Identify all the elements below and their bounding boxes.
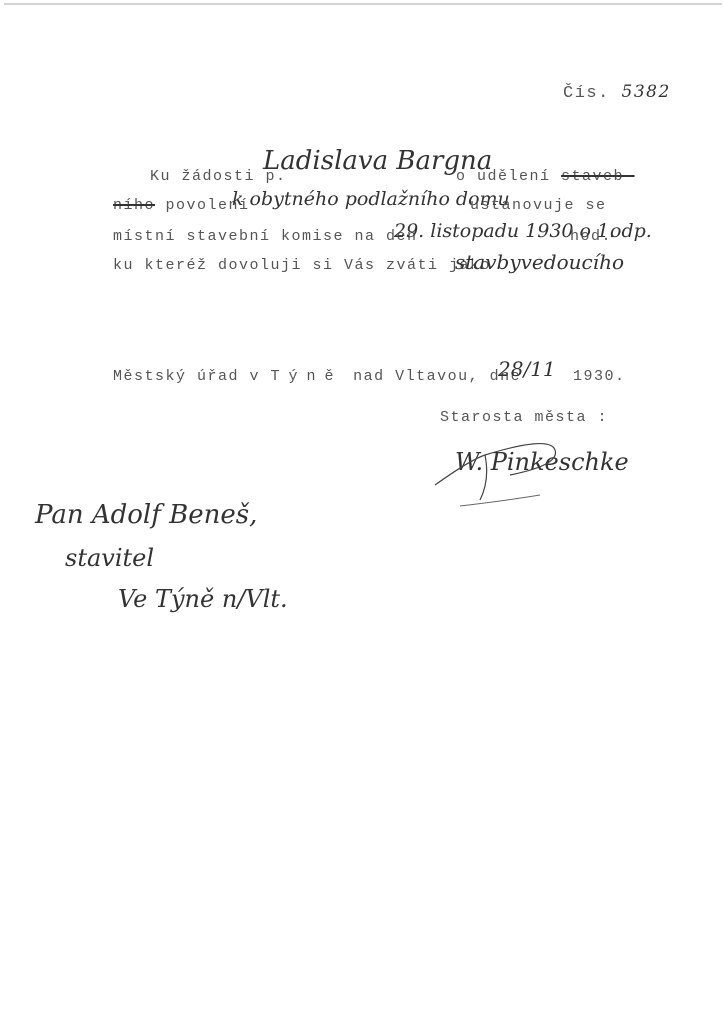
struck-text: staveb- <box>561 168 635 185</box>
river-text: nad Vltavou, dne <box>353 368 521 385</box>
issue-year: 1930. <box>573 368 626 385</box>
issue-date: 28/11 <box>498 357 556 381</box>
meeting-time: odp. <box>610 220 652 242</box>
signature-flourish-icon <box>430 440 590 510</box>
building-type: k obytného podlažního domu <box>232 188 510 210</box>
number-value: 5382 <box>622 82 671 102</box>
body-line-4: ku kteréž dovoluji si Vás zváti jako <box>113 257 491 274</box>
body-line-2: ního povolení <box>113 197 250 214</box>
addressee-profession: stavitel <box>65 544 154 572</box>
typed-text: o udělení <box>456 168 551 185</box>
struck-text: ního <box>113 197 155 214</box>
number-label: Čís. <box>563 84 610 103</box>
signatory-title: Starosta města : <box>440 409 608 426</box>
body-line-2-suffix: ustanovuje se <box>470 197 607 214</box>
body-line-1-suffix: o udělení staveb- <box>456 168 635 185</box>
hod-label: hod. <box>570 228 612 245</box>
addressee-name: Pan Adolf Beneš, <box>35 500 257 530</box>
office-line: Městský úřad v Týně nad Vltavou, dne <box>113 368 521 385</box>
town-name: Týně <box>271 368 343 385</box>
scan-edge <box>4 3 722 5</box>
office-name: Městský úřad v <box>113 368 260 385</box>
addressee-town: Ve Týně n/Vlt. <box>118 585 288 613</box>
reference-number: Čís. 5382 <box>563 82 671 103</box>
invitee-role: stavbyvedoucího <box>455 250 624 274</box>
body-line-3: místní stavební komise na den <box>113 228 418 245</box>
